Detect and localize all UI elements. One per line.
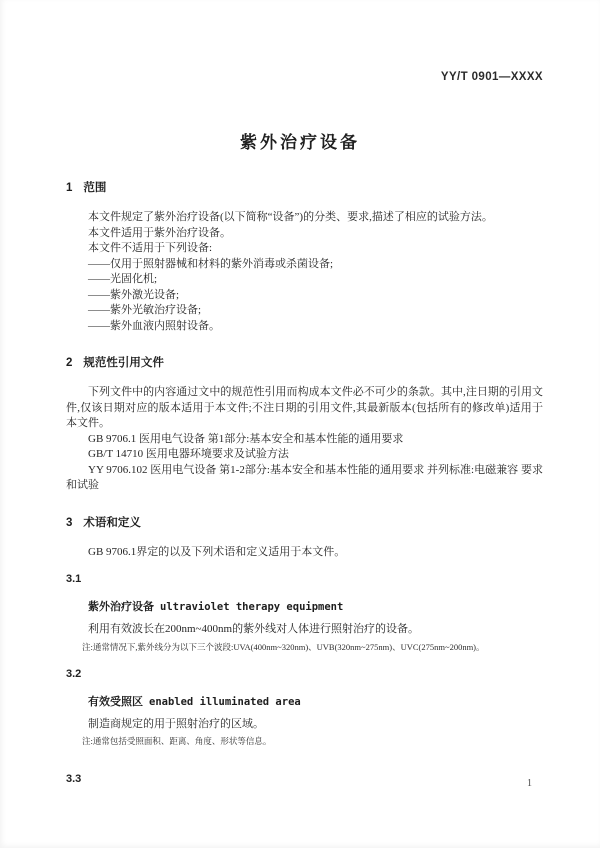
term-definition: 制造商规定的用于照射治疗的区域。 bbox=[66, 717, 543, 733]
term-number-3-2: 3.2 bbox=[66, 667, 543, 682]
term-number-3-1: 3.1 bbox=[66, 572, 543, 587]
term-number-3-3: 3.3 bbox=[66, 772, 543, 787]
section-heading-references: 2规范性引用文件 bbox=[66, 355, 543, 371]
term-note: 注:通常包括受照面积、距离、角度、形状等信息。 bbox=[82, 735, 543, 748]
scope-list-item: ——紫外激光设备; bbox=[66, 288, 543, 304]
scope-list-item: ——仅用于照射器械和材料的紫外消毒或杀菌设备; bbox=[66, 257, 543, 273]
reference-item: GB/T 14710 医用电器环境要求及试验方法 bbox=[66, 447, 543, 463]
reference-item: YY 9706.102 医用电气设备 第1-2部分:基本安全和基本性能的通用要求… bbox=[66, 463, 543, 494]
section-number: 1 bbox=[66, 182, 72, 194]
term-definition: 利用有效波长在200nm~400nm的紫外线对人体进行照射治疗的设备。 bbox=[66, 622, 543, 638]
term-zh: 有效受照区 bbox=[88, 696, 143, 708]
doc-number: YY/T 0901—XXXX bbox=[441, 71, 543, 83]
term-en: ultraviolet therapy equipment bbox=[160, 601, 343, 613]
reference-item: GB 9706.1 医用电气设备 第1部分:基本安全和基本性能的通用要求 bbox=[66, 432, 543, 448]
section-number: 2 bbox=[66, 357, 72, 369]
section-title: 范围 bbox=[83, 182, 106, 194]
scope-paragraph: 本文件规定了紫外治疗设备(以下简称“设备”)的分类、要求,描述了相应的试验方法。 bbox=[66, 210, 543, 226]
section-heading-terms: 3术语和定义 bbox=[66, 515, 543, 531]
scope-list-item: ——紫外光敏治疗设备; bbox=[66, 303, 543, 319]
term-heading-3-1: 紫外治疗设备ultraviolet therapy equipment bbox=[66, 600, 543, 615]
references-intro: 下列文件中的内容通过文中的规范性引用而构成本文件必不可少的条款。其中,注日期的引… bbox=[66, 385, 543, 432]
scope-list-item: ——光固化机; bbox=[66, 272, 543, 288]
document-page: YY/T 0901—XXXX 紫外治疗设备 1范围 本文件规定了紫外治疗设备(以… bbox=[0, 0, 600, 848]
section-number: 3 bbox=[66, 517, 72, 529]
term-note: 注:通常情况下,紫外线分为以下三个波段:UVA(400nm~320nm)、UVB… bbox=[82, 641, 543, 654]
page-number: 1 bbox=[527, 778, 532, 789]
term-zh: 紫外治疗设备 bbox=[88, 601, 154, 613]
section-title: 规范性引用文件 bbox=[83, 357, 164, 369]
scope-paragraph: 本文件适用于紫外治疗设备。 bbox=[66, 226, 543, 242]
section-heading-scope: 1范围 bbox=[66, 180, 543, 196]
scope-list-item: ——紫外血液内照射设备。 bbox=[66, 319, 543, 335]
scope-paragraph: 本文件不适用于下列设备: bbox=[66, 241, 543, 257]
term-heading-3-2: 有效受照区enabled illuminated area bbox=[66, 695, 543, 710]
document-body: 1范围 本文件规定了紫外治疗设备(以下简称“设备”)的分类、要求,描述了相应的试… bbox=[66, 180, 543, 787]
term-en: enabled illuminated area bbox=[149, 696, 301, 708]
page-title: 紫外治疗设备 bbox=[0, 128, 600, 153]
terms-intro: GB 9706.1界定的以及下列术语和定义适用于本文件。 bbox=[66, 545, 543, 561]
section-title: 术语和定义 bbox=[83, 517, 141, 529]
